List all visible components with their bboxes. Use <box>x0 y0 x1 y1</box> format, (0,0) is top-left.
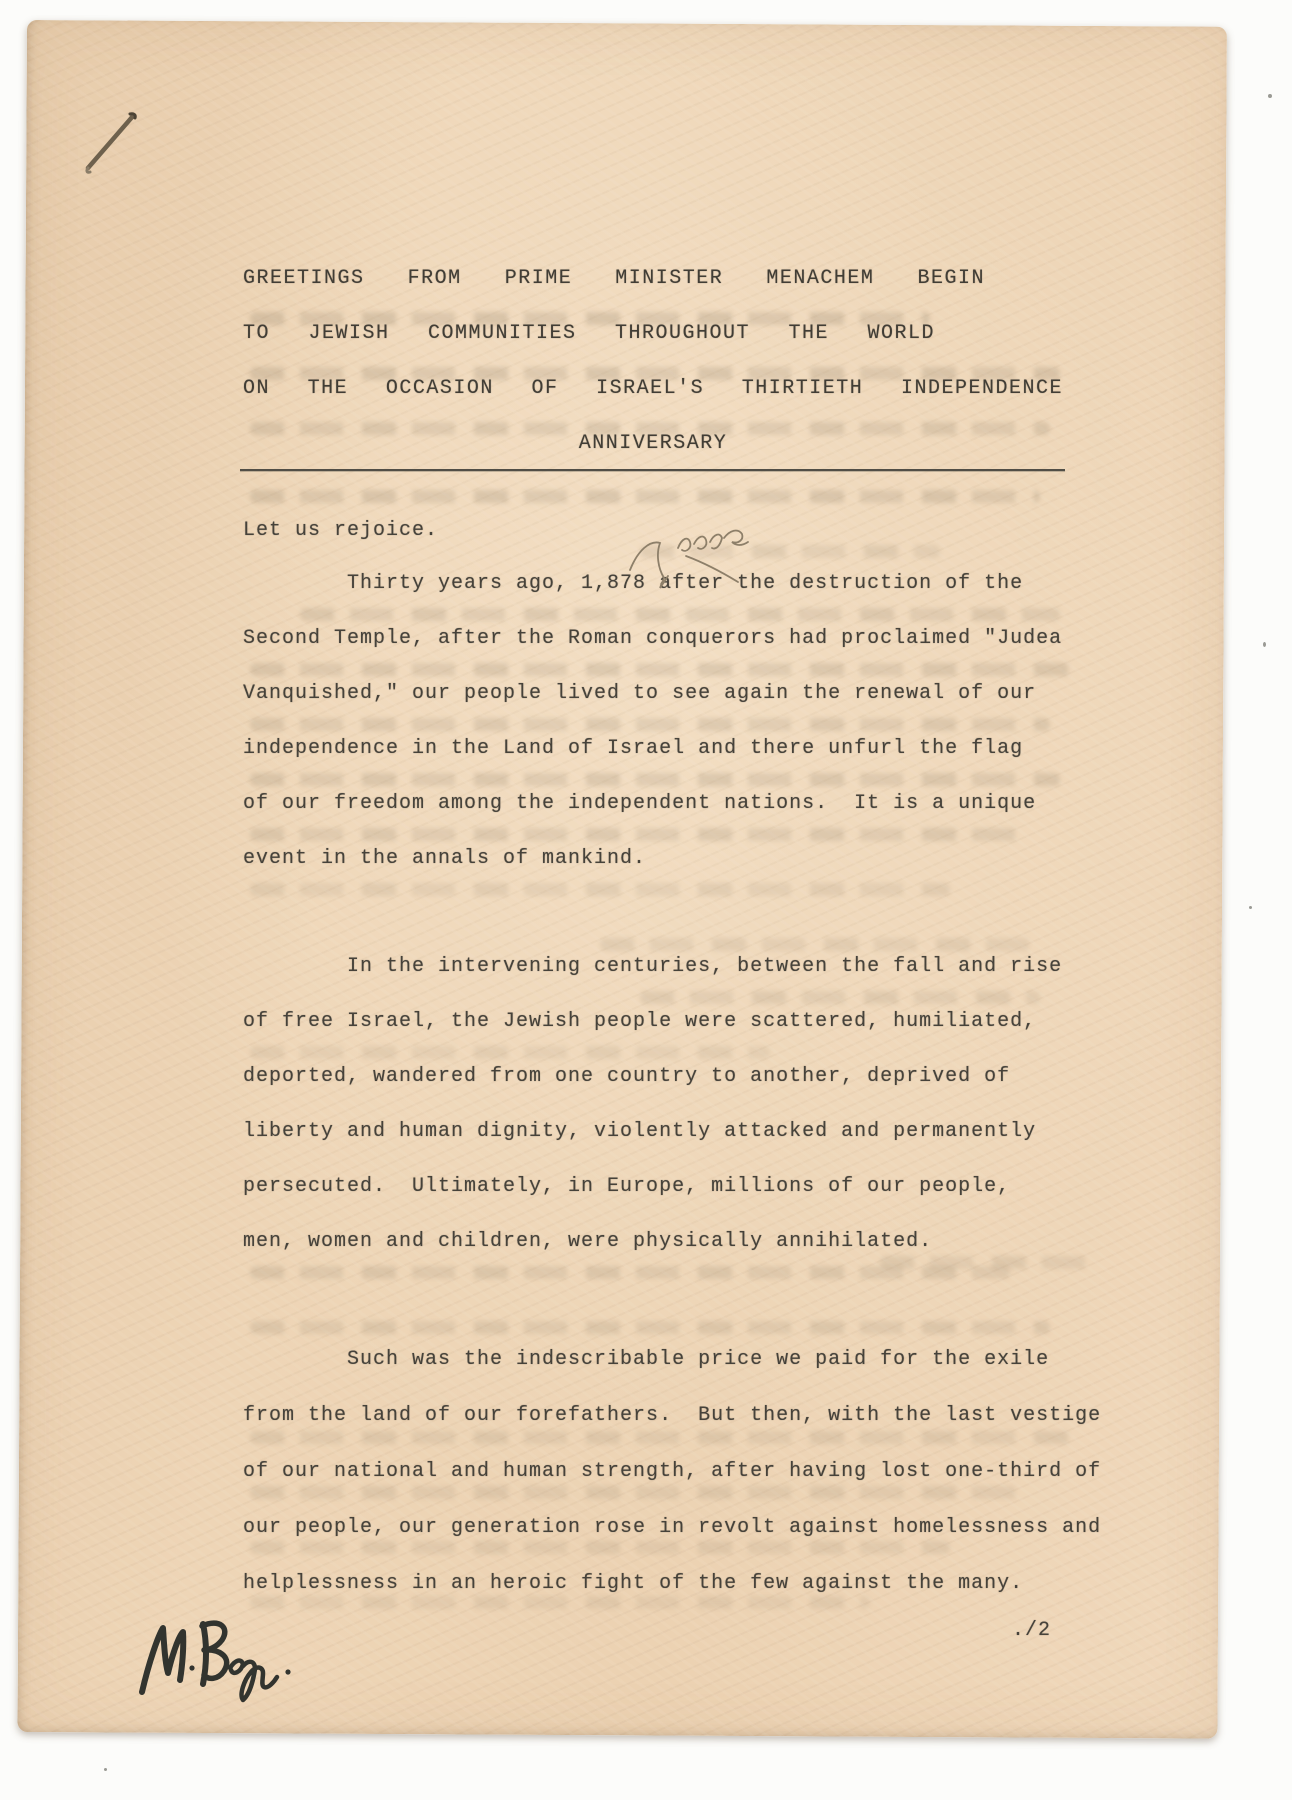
title-word: ANNIVERSARY <box>579 431 728 457</box>
title-word: THIRTIETH <box>742 376 864 402</box>
scan-speck <box>1268 94 1272 98</box>
handwritten-insert-annotation <box>600 526 780 596</box>
title-word: THROUGHOUT <box>615 321 750 347</box>
title-word: TO <box>243 321 270 347</box>
title-word: PRIME <box>505 266 573 292</box>
title-word: THE <box>308 376 349 402</box>
title-word: ISRAEL'S <box>596 376 704 402</box>
staple-icon <box>80 105 146 177</box>
title-word: OCCASION <box>386 376 494 402</box>
title-word: BEGIN <box>917 266 985 292</box>
body-line: our people, our generation rose in revol… <box>243 1515 1101 1541</box>
body-line: liberty and human dignity, violently att… <box>243 1119 1036 1145</box>
title-word: INDEPENDENCE <box>901 376 1063 402</box>
title-word: WORLD <box>867 321 935 347</box>
body-line: Second Temple, after the Roman conqueror… <box>243 626 1062 652</box>
page-continuation-marker: ./2 <box>1012 1618 1051 1644</box>
body-line: persecuted. Ultimately, in Europe, milli… <box>243 1174 1010 1200</box>
scan-speck <box>1263 642 1266 647</box>
title-word: COMMUNITIES <box>428 321 577 347</box>
scan-speck <box>104 1768 107 1771</box>
signature <box>136 1610 304 1710</box>
title-word: THE <box>788 321 829 347</box>
body-line: of free Israel, the Jewish people were s… <box>243 1009 1036 1035</box>
body-line: In the intervening centuries, between th… <box>243 954 1062 980</box>
title-word: JEWISH <box>308 321 389 347</box>
title-line-1: GREETINGSFROMPRIMEMINISTERMENACHEMBEGIN <box>243 266 985 292</box>
title-word: OF <box>531 376 558 402</box>
title-word: GREETINGS <box>243 266 365 292</box>
title-word: ON <box>243 376 270 402</box>
body-line: helplessness in an heroic fight of the f… <box>243 1571 1023 1597</box>
title-underline <box>240 469 1065 471</box>
body-line: event in the annals of mankind. <box>243 846 646 872</box>
scanned-document-page: { "doc": { "title_words": [ ["GREETINGS"… <box>0 0 1292 1800</box>
title-line-3: ONTHEOCCASIONOFISRAEL'STHIRTIETHINDEPEND… <box>243 376 1063 402</box>
scan-speck <box>1249 906 1252 909</box>
title-line-4: ANNIVERSARY <box>243 431 1063 457</box>
body-line: Vanquished," our people lived to see aga… <box>243 681 1036 707</box>
title-word: MENACHEM <box>766 266 874 292</box>
body-line: independence in the Land of Israel and t… <box>243 736 1023 762</box>
body-line: deported, wandered from one country to a… <box>243 1064 1010 1090</box>
title-line-2: TOJEWISHCOMMUNITIESTHROUGHOUTTHEWORLD <box>243 321 935 347</box>
body-line: of our freedom among the independent nat… <box>243 791 1036 817</box>
title-word: MINISTER <box>615 266 723 292</box>
body-line: Such was the indescribable price we paid… <box>243 1347 1049 1373</box>
body-line: from the land of our forefathers. But th… <box>243 1403 1101 1429</box>
title-word: FROM <box>408 266 462 292</box>
body-line: men, women and children, were physically… <box>243 1229 932 1255</box>
body-line: Let us rejoice. <box>243 518 438 544</box>
body-line: of our national and human strength, afte… <box>243 1459 1101 1485</box>
